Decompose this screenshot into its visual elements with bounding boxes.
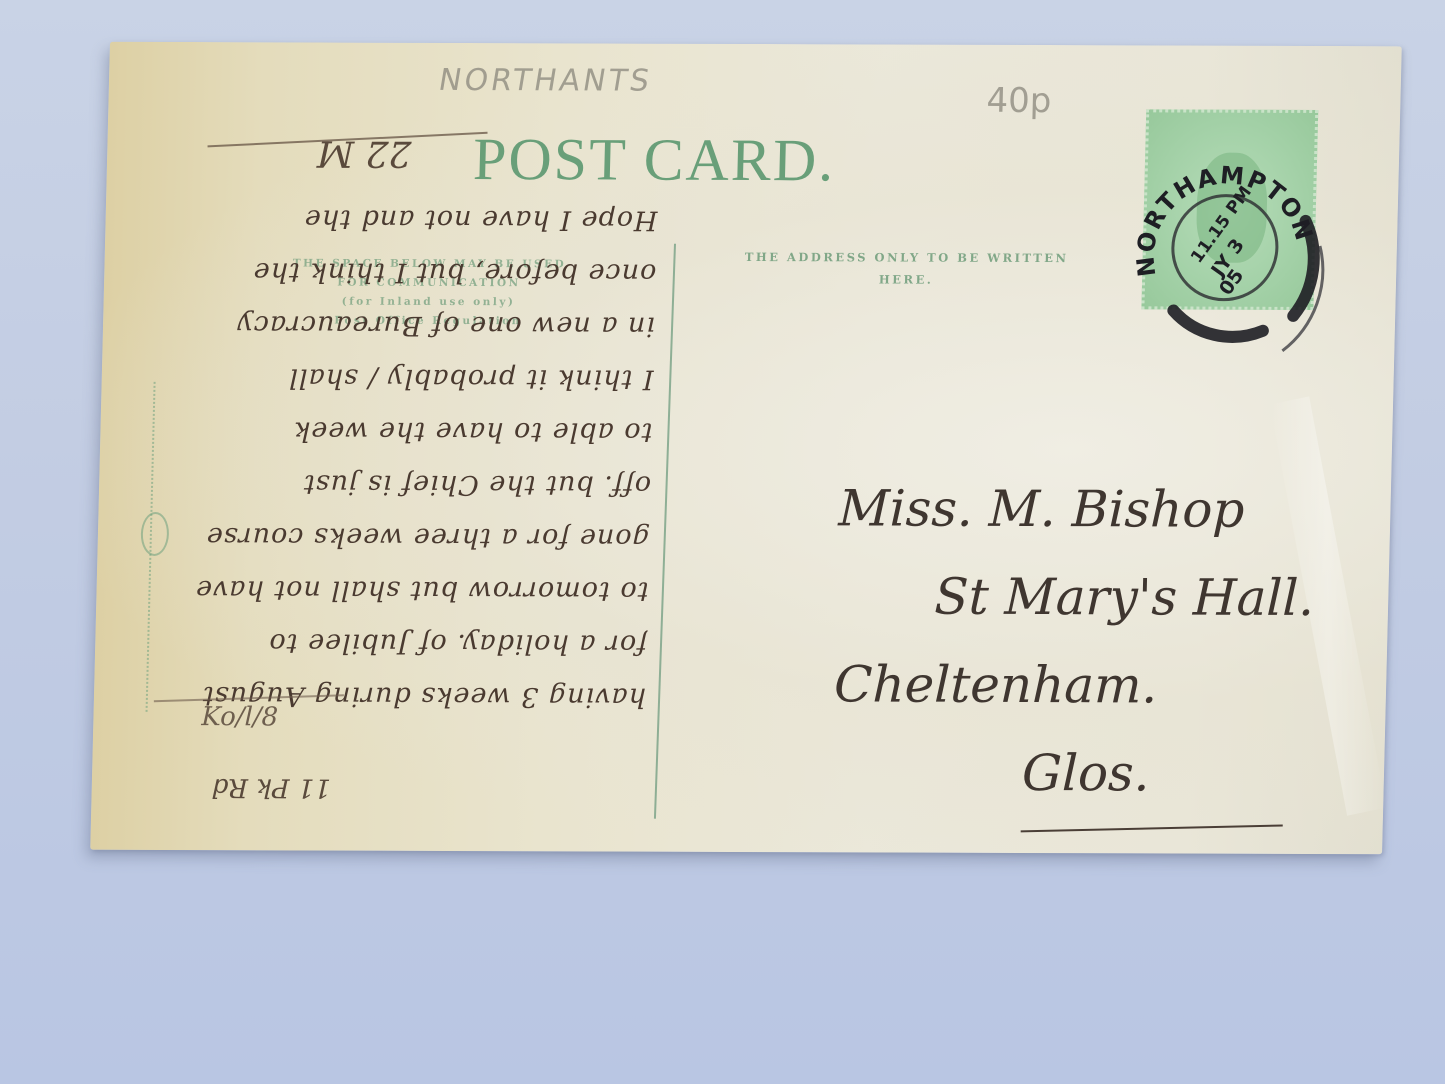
address-name: Miss. M. Bishop — [837, 464, 1317, 554]
address-town: Cheltenham. — [833, 640, 1313, 730]
message-line: to able to have the week — [132, 404, 653, 459]
reference-number: 22 M — [317, 132, 412, 173]
divider-line — [654, 244, 676, 819]
message-line: once before, but I think the — [136, 245, 657, 300]
address-instruction: THE ADDRESS ONLY TO BE WRITTEN HERE. — [736, 246, 1077, 291]
message-line: I think it probably / shall — [133, 351, 654, 406]
pencil-price-annotation: 40p — [986, 81, 1052, 121]
address-street: St Mary's Hall. — [933, 553, 1315, 642]
pencil-county-annotation: NORTHANTS — [436, 63, 655, 99]
lot-annotation: Ko/l/8 — [201, 702, 278, 732]
message-line: Hope I have not and the — [137, 192, 658, 247]
address-county: Glos. — [1021, 729, 1311, 818]
postcard: NORTHANTS 40p 22 M POST CARD. THE SPACE … — [90, 42, 1402, 855]
postmark-icon: NORTHAMPTON 11.15 PM JY 3 05 — [1102, 125, 1348, 366]
postcard-title: POST CARD. — [472, 125, 836, 195]
message-line: gone for a three weeks course — [129, 510, 650, 565]
road-annotation: 11 Pk Rd — [211, 772, 331, 802]
message-line: for a holiday. of Jubilee to — [127, 616, 648, 671]
recipient-address: Miss. M. Bishop St Mary's Hall. Cheltenh… — [831, 464, 1318, 818]
handwritten-message: having 3 weeks during August for a holid… — [125, 192, 658, 724]
message-line: to tomorrow but shall not have — [128, 563, 649, 618]
message-line: in a new one of Bureaucracy — [134, 298, 655, 353]
county-underline — [1021, 824, 1283, 832]
postmark-cancellation: NORTHAMPTON 11.15 PM JY 3 05 — [1102, 125, 1348, 366]
message-line: off. but the Chief is just — [130, 457, 651, 512]
